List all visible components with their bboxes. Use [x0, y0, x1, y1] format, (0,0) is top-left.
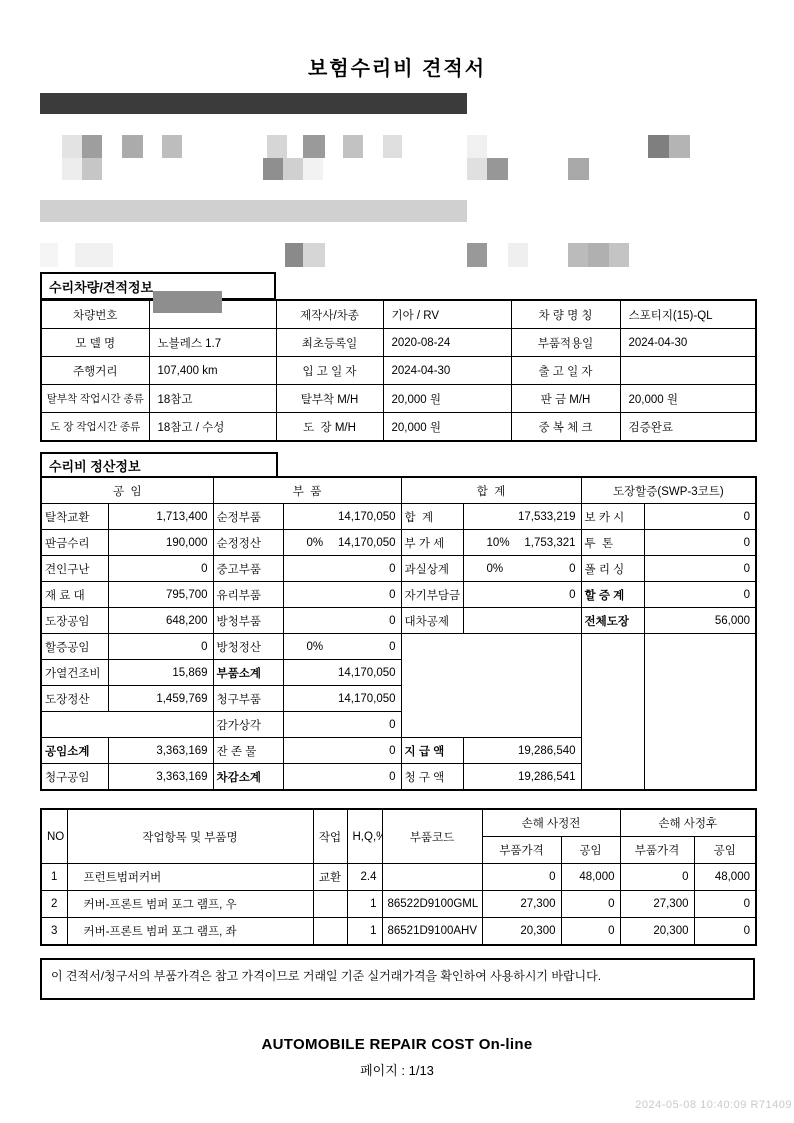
redaction-block: [263, 158, 283, 180]
settlement-group-header: 부 품: [213, 477, 401, 504]
settlement-label-cell: 중고부품: [213, 556, 283, 582]
page-title: 보험수리비 견적서: [0, 52, 794, 81]
work-items-table: NO 작업항목 및 부품명 작업 H,Q,% 부품코드 손해 사정전 손해 사정…: [40, 808, 757, 946]
item-hq-cell: 2.4: [347, 864, 382, 891]
percent-value: 0%: [307, 537, 324, 549]
settlement-value-cell: 190,000: [108, 530, 213, 556]
settlement-value-cell: 14,170,050: [283, 686, 401, 712]
settlement-value-cell: 0: [108, 634, 213, 660]
settlement-value-cell: 0: [644, 556, 756, 582]
vehicle-label-cell: 최초등록일: [276, 329, 383, 357]
item-labor-before-cell: 0: [561, 891, 620, 918]
page-number: 페이지 : 1/13: [0, 1060, 794, 1079]
item-name-cell: 커버-프론트 범퍼 포그 램프, 우: [67, 891, 313, 918]
table-row: 차량번호 제작사/차종 기아 / RV 차 량 명 칭 스포티지(15)-QL: [41, 300, 756, 329]
settlement-label-cell: 도장정산: [41, 686, 108, 712]
items-header-price: 부품가격: [482, 837, 561, 864]
percent-value: 0%: [487, 563, 504, 575]
redaction-block: [568, 158, 589, 180]
item-code-cell: 86521D9100AHV: [382, 918, 482, 946]
settlement-value-cell: 17,533,219: [463, 504, 581, 530]
redaction-block-plate-number: [153, 291, 222, 313]
redaction-block: [267, 135, 287, 158]
settlement-value-cell: 15,869: [108, 660, 213, 686]
item-price-after-cell: 27,300: [620, 891, 694, 918]
settlement-label-cell: 탈착교환: [41, 504, 108, 530]
vehicle-value-cell: 노블레스 1.7: [149, 329, 276, 357]
settlement-empty-cell: [644, 634, 756, 791]
settlement-value-cell: [463, 608, 581, 634]
item-price-after-cell: 20,300: [620, 918, 694, 946]
settlement-label-cell: 잔 존 물: [213, 738, 283, 764]
item-no-cell: 2: [41, 891, 67, 918]
items-header-after: 손해 사정후: [620, 809, 756, 837]
table-row: 탈착교환 1,713,400 순정부품 14,170,050 합 계 17,53…: [41, 504, 756, 530]
item-labor-before-cell: 48,000: [561, 864, 620, 891]
table-row: 도장공임 648,200 방청부품 0 대차공제 전체도장 56,000: [41, 608, 756, 634]
table-row: 할증공임 0 방청정산 0%0: [41, 634, 756, 660]
item-work-cell: [313, 891, 347, 918]
redaction-block: [467, 158, 487, 180]
settlement-section-title: 수리비 정산정보: [40, 452, 278, 478]
item-no-cell: 1: [41, 864, 67, 891]
settlement-value-cell: 3,363,169: [108, 738, 213, 764]
settlement-label-cell: 폴 리 싱: [581, 556, 644, 582]
items-header-labor: 공임: [694, 837, 756, 864]
vehicle-label-cell: 제작사/차종: [276, 300, 383, 329]
settlement-label-cell: 유리부품: [213, 582, 283, 608]
settlement-value-cell: 0: [283, 556, 401, 582]
vehicle-label-cell: 입 고 일 자: [276, 357, 383, 385]
items-header-price: 부품가격: [620, 837, 694, 864]
settlement-value-cell: 0: [108, 556, 213, 582]
settlement-table: 공 임 부 품 합 계 도장할증(SWP-3코트) 탈착교환 1,713,400…: [40, 476, 757, 791]
vehicle-value-cell: 20,000 원: [383, 385, 511, 413]
redaction-block: [467, 243, 487, 267]
items-header-code: 부품코드: [382, 809, 482, 864]
item-work-cell: 교환: [313, 864, 347, 891]
vehicle-value-cell: 스포티지(15)-QL: [620, 300, 756, 329]
settlement-value-cell: 0: [283, 738, 401, 764]
redaction-bar: [40, 200, 467, 222]
vehicle-info-table: 차량번호 제작사/차종 기아 / RV 차 량 명 칭 스포티지(15)-QL …: [40, 299, 757, 442]
settlement-value-cell: 648,200: [108, 608, 213, 634]
settlement-value-cell: 19,286,541: [463, 764, 581, 791]
timestamp-watermark: 2024-05-08 10:40:09 R71409: [635, 1099, 792, 1111]
vehicle-label-cell: 탈부착 M/H: [276, 385, 383, 413]
vehicle-label-cell: 중 복 체 크: [511, 413, 620, 442]
estimate-document-page: 보험수리비 견적서 수리차량/견적정보: [0, 0, 794, 1123]
redaction-block: [285, 243, 303, 267]
amount-value: 0: [389, 641, 395, 653]
settlement-group-header: 공 임: [41, 477, 213, 504]
vehicle-value-cell: 20,000 원: [620, 385, 756, 413]
settlement-value-cell: 0: [644, 530, 756, 556]
settlement-label-cell: 가열건조비: [41, 660, 108, 686]
settlement-group-header: 도장할증(SWP-3코트): [581, 477, 756, 504]
redaction-block: [487, 158, 508, 180]
price-notice: 이 견적서/청구서의 부품가격은 참고 가격이므로 거래일 기준 실거래가격을 …: [40, 958, 755, 1000]
settlement-empty-cell: [41, 712, 213, 738]
vehicle-value-cell: 2020-08-24: [383, 329, 511, 357]
settlement-label-cell: 방청부품: [213, 608, 283, 634]
settlement-value-cell: 0: [644, 504, 756, 530]
settlement-label-cell: 할증공임: [41, 634, 108, 660]
item-labor-after-cell: 0: [694, 891, 756, 918]
item-name-cell: 커버-프론트 범퍼 포그 램프, 좌: [67, 918, 313, 946]
settlement-value-cell: 14,170,050: [283, 504, 401, 530]
vehicle-label-cell: 차 량 명 칭: [511, 300, 620, 329]
item-no-cell: 3: [41, 918, 67, 946]
redaction-block: [303, 135, 325, 158]
settlement-label-cell: 전체도장: [581, 608, 644, 634]
settlement-value-cell: 0: [283, 764, 401, 791]
settlement-label-cell: 공임소계: [41, 738, 108, 764]
settlement-label-cell: 순정부품: [213, 504, 283, 530]
item-price-before-cell: 27,300: [482, 891, 561, 918]
redaction-block: [508, 243, 528, 267]
table-row: 재 료 대 795,700 유리부품 0 자기부담금 0 할 증 계 0: [41, 582, 756, 608]
item-hq-cell: 1: [347, 891, 382, 918]
table-header-row: 공 임 부 품 합 계 도장할증(SWP-3코트): [41, 477, 756, 504]
settlement-value-cell: 56,000: [644, 608, 756, 634]
settlement-value-cell: 3,363,169: [108, 764, 213, 791]
settlement-label-cell: 차감소계: [213, 764, 283, 791]
settlement-value-cell: 0: [463, 582, 581, 608]
item-name-cell: 프런트범퍼커버: [67, 864, 313, 891]
settlement-value-cell: 14,170,050: [283, 660, 401, 686]
redaction-block: [303, 243, 325, 267]
vehicle-value-cell: 18참고: [149, 385, 276, 413]
settlement-label-cell: 재 료 대: [41, 582, 108, 608]
table-header-row: NO 작업항목 및 부품명 작업 H,Q,% 부품코드 손해 사정전 손해 사정…: [41, 809, 756, 837]
items-header-no: NO: [41, 809, 67, 864]
settlement-label-cell: 순정정산: [213, 530, 283, 556]
settlement-label-cell: 부 가 세: [401, 530, 463, 556]
settlement-empty-cell: [401, 634, 581, 738]
settlement-label-cell: 감가상각: [213, 712, 283, 738]
settlement-value-cell: 0: [644, 582, 756, 608]
settlement-label-cell: 부품소계: [213, 660, 283, 686]
redaction-block: [568, 243, 588, 267]
settlement-value-cell: 10%1,753,321: [463, 530, 581, 556]
vehicle-value-cell: [620, 357, 756, 385]
table-row: 판금수리 190,000 순정정산 0%14,170,050 부 가 세 10%…: [41, 530, 756, 556]
table-row: 탈부착 작업시간 종류 18참고 탈부착 M/H 20,000 원 판 금 M/…: [41, 385, 756, 413]
amount-value: 14,170,050: [338, 537, 396, 549]
vehicle-label-cell: 판 금 M/H: [511, 385, 620, 413]
redaction-block: [303, 158, 323, 180]
vehicle-label-cell: 도 장 M/H: [276, 413, 383, 442]
item-labor-after-cell: 0: [694, 918, 756, 946]
settlement-label-cell: 자기부담금: [401, 582, 463, 608]
settlement-label-cell: 견인구난: [41, 556, 108, 582]
item-price-after-cell: 0: [620, 864, 694, 891]
percent-value: 0%: [307, 641, 324, 653]
settlement-value-cell: 0: [283, 582, 401, 608]
redaction-block: [467, 135, 487, 158]
redaction-block: [588, 243, 609, 267]
settlement-value-cell: 19,286,540: [463, 738, 581, 764]
settlement-value-cell: 0%14,170,050: [283, 530, 401, 556]
settlement-label-cell: 과실상계: [401, 556, 463, 582]
redaction-block: [122, 135, 143, 158]
redaction-bar: [40, 93, 467, 114]
items-header-before: 손해 사정전: [482, 809, 620, 837]
settlement-label-cell: 청구공임: [41, 764, 108, 791]
settlement-value-cell: 0: [283, 608, 401, 634]
redaction-block: [609, 243, 629, 267]
vehicle-value-cell: 기아 / RV: [383, 300, 511, 329]
settlement-value-cell: 1,713,400: [108, 504, 213, 530]
items-header-labor: 공임: [561, 837, 620, 864]
table-row: 1 프런트범퍼커버 교환 2.4 0 48,000 0 48,000: [41, 864, 756, 891]
settlement-label-cell: 방청정산: [213, 634, 283, 660]
item-code-cell: 86522D9100GML: [382, 891, 482, 918]
item-labor-before-cell: 0: [561, 918, 620, 946]
vehicle-label-cell: 도 장 작업시간 종류: [41, 413, 149, 442]
redaction-block: [648, 135, 669, 158]
redaction-block: [62, 135, 82, 158]
table-row: 모 델 명 노블레스 1.7 최초등록일 2020-08-24 부품적용일 20…: [41, 329, 756, 357]
settlement-label-cell: 할 증 계: [581, 582, 644, 608]
percent-value: 10%: [487, 537, 510, 549]
redaction-block: [383, 135, 402, 158]
settlement-label-cell: 도장공임: [41, 608, 108, 634]
vehicle-label-cell: 탈부착 작업시간 종류: [41, 385, 149, 413]
settlement-value-cell: 0%0: [283, 634, 401, 660]
table-row: 주행거리 107,400 km 입 고 일 자 2024-04-30 출 고 일…: [41, 357, 756, 385]
vehicle-label-cell: 출 고 일 자: [511, 357, 620, 385]
vehicle-label-cell: 모 델 명: [41, 329, 149, 357]
settlement-label-cell: 청 구 액: [401, 764, 463, 791]
vehicle-value-cell: 2024-04-30: [620, 329, 756, 357]
settlement-value-cell: 795,700: [108, 582, 213, 608]
item-code-cell: [382, 864, 482, 891]
item-hq-cell: 1: [347, 918, 382, 946]
items-header-work: 작업: [313, 809, 347, 864]
redaction-block: [62, 158, 82, 180]
settlement-label-cell: 투 톤: [581, 530, 644, 556]
vehicle-label-cell: 부품적용일: [511, 329, 620, 357]
footer-brand: AUTOMOBILE REPAIR COST On-line: [0, 1036, 794, 1053]
settlement-empty-cell: [581, 634, 644, 791]
vehicle-label-cell: 차량번호: [41, 300, 149, 329]
amount-value: 1,753,321: [524, 537, 575, 549]
settlement-label-cell: 대차공제: [401, 608, 463, 634]
settlement-label-cell: 판금수리: [41, 530, 108, 556]
settlement-value-cell: 0: [283, 712, 401, 738]
redaction-block: [343, 135, 363, 158]
redaction-block: [162, 135, 182, 158]
table-row: 2 커버-프론트 범퍼 포그 램프, 우 1 86522D9100GML 27,…: [41, 891, 756, 918]
vehicle-label-cell: 주행거리: [41, 357, 149, 385]
settlement-value-cell: 1,459,769: [108, 686, 213, 712]
settlement-value-cell: 0%0: [463, 556, 581, 582]
settlement-label-cell: 청구부품: [213, 686, 283, 712]
settlement-label-cell: 합 계: [401, 504, 463, 530]
table-row: 도 장 작업시간 종류 18참고 / 수성 도 장 M/H 20,000 원 중…: [41, 413, 756, 442]
item-price-before-cell: 20,300: [482, 918, 561, 946]
settlement-label-cell: 지 급 액: [401, 738, 463, 764]
item-price-before-cell: 0: [482, 864, 561, 891]
item-work-cell: [313, 918, 347, 946]
vehicle-value-cell: 20,000 원: [383, 413, 511, 442]
settlement-label-cell: 보 카 시: [581, 504, 644, 530]
redaction-block: [669, 135, 690, 158]
redaction-block: [283, 158, 303, 180]
redaction-block: [82, 158, 102, 180]
amount-value: 0: [569, 563, 575, 575]
redaction-block: [40, 243, 58, 267]
table-row: 견인구난 0 중고부품 0 과실상계 0%0 폴 리 싱 0: [41, 556, 756, 582]
items-header-name: 작업항목 및 부품명: [67, 809, 313, 864]
redaction-block: [75, 243, 113, 267]
vehicle-value-cell: 검증완료: [620, 413, 756, 442]
settlement-group-header: 합 계: [401, 477, 581, 504]
table-row: 3 커버-프론트 범퍼 포그 램프, 좌 1 86521D9100AHV 20,…: [41, 918, 756, 946]
vehicle-value-cell: 107,400 km: [149, 357, 276, 385]
items-header-hq: H,Q,%: [347, 809, 382, 864]
vehicle-value-cell: 18참고 / 수성: [149, 413, 276, 442]
item-labor-after-cell: 48,000: [694, 864, 756, 891]
vehicle-value-cell: 2024-04-30: [383, 357, 511, 385]
redaction-block: [82, 135, 102, 158]
